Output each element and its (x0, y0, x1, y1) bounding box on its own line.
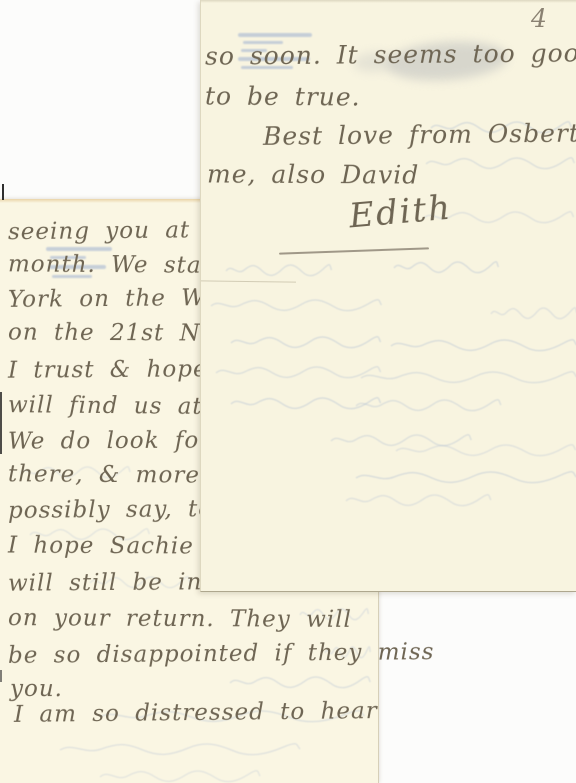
scan-artifact (0, 670, 2, 682)
scan-artifact (0, 392, 2, 454)
handwritten-line: me, also David (207, 159, 419, 189)
page-number: 4 (531, 4, 547, 33)
handwritten-line: Best love from Osbert & (263, 118, 576, 151)
handwritten-line: York on the W (8, 285, 206, 313)
handwritten-line: so soon. It seems too good (205, 38, 576, 70)
signature-underline (279, 247, 429, 254)
scan-artifact (2, 184, 4, 200)
handwritten-line: to be true. (205, 81, 361, 111)
signature: Edith (347, 188, 453, 237)
handwritten-line: on your return. They will (8, 605, 352, 633)
handwritten-line: I hope Sachie (8, 533, 194, 560)
scanned-letter: seeing you at the month. We sta York on … (0, 0, 576, 783)
handwritten-line: will find us at (8, 392, 203, 420)
paper-crease (201, 280, 296, 282)
handwritten-line: be so disappointed if they miss (8, 639, 435, 669)
handwritten-line: will still be in (8, 569, 202, 596)
handwritten-line: I trust & hope (8, 356, 208, 383)
letter-page-right: 4 so soon. It seems too good to be true.… (200, 0, 576, 592)
handwritten-line: on the 21st N (8, 319, 201, 346)
handwritten-line: you. (10, 676, 63, 702)
handwritten-line: month. We sta (8, 251, 202, 278)
handwritten-line: possibly say, to (8, 496, 213, 524)
handwritten-line: there, & more t (8, 461, 226, 489)
handwritten-line: I am so distressed to hear (14, 698, 378, 728)
